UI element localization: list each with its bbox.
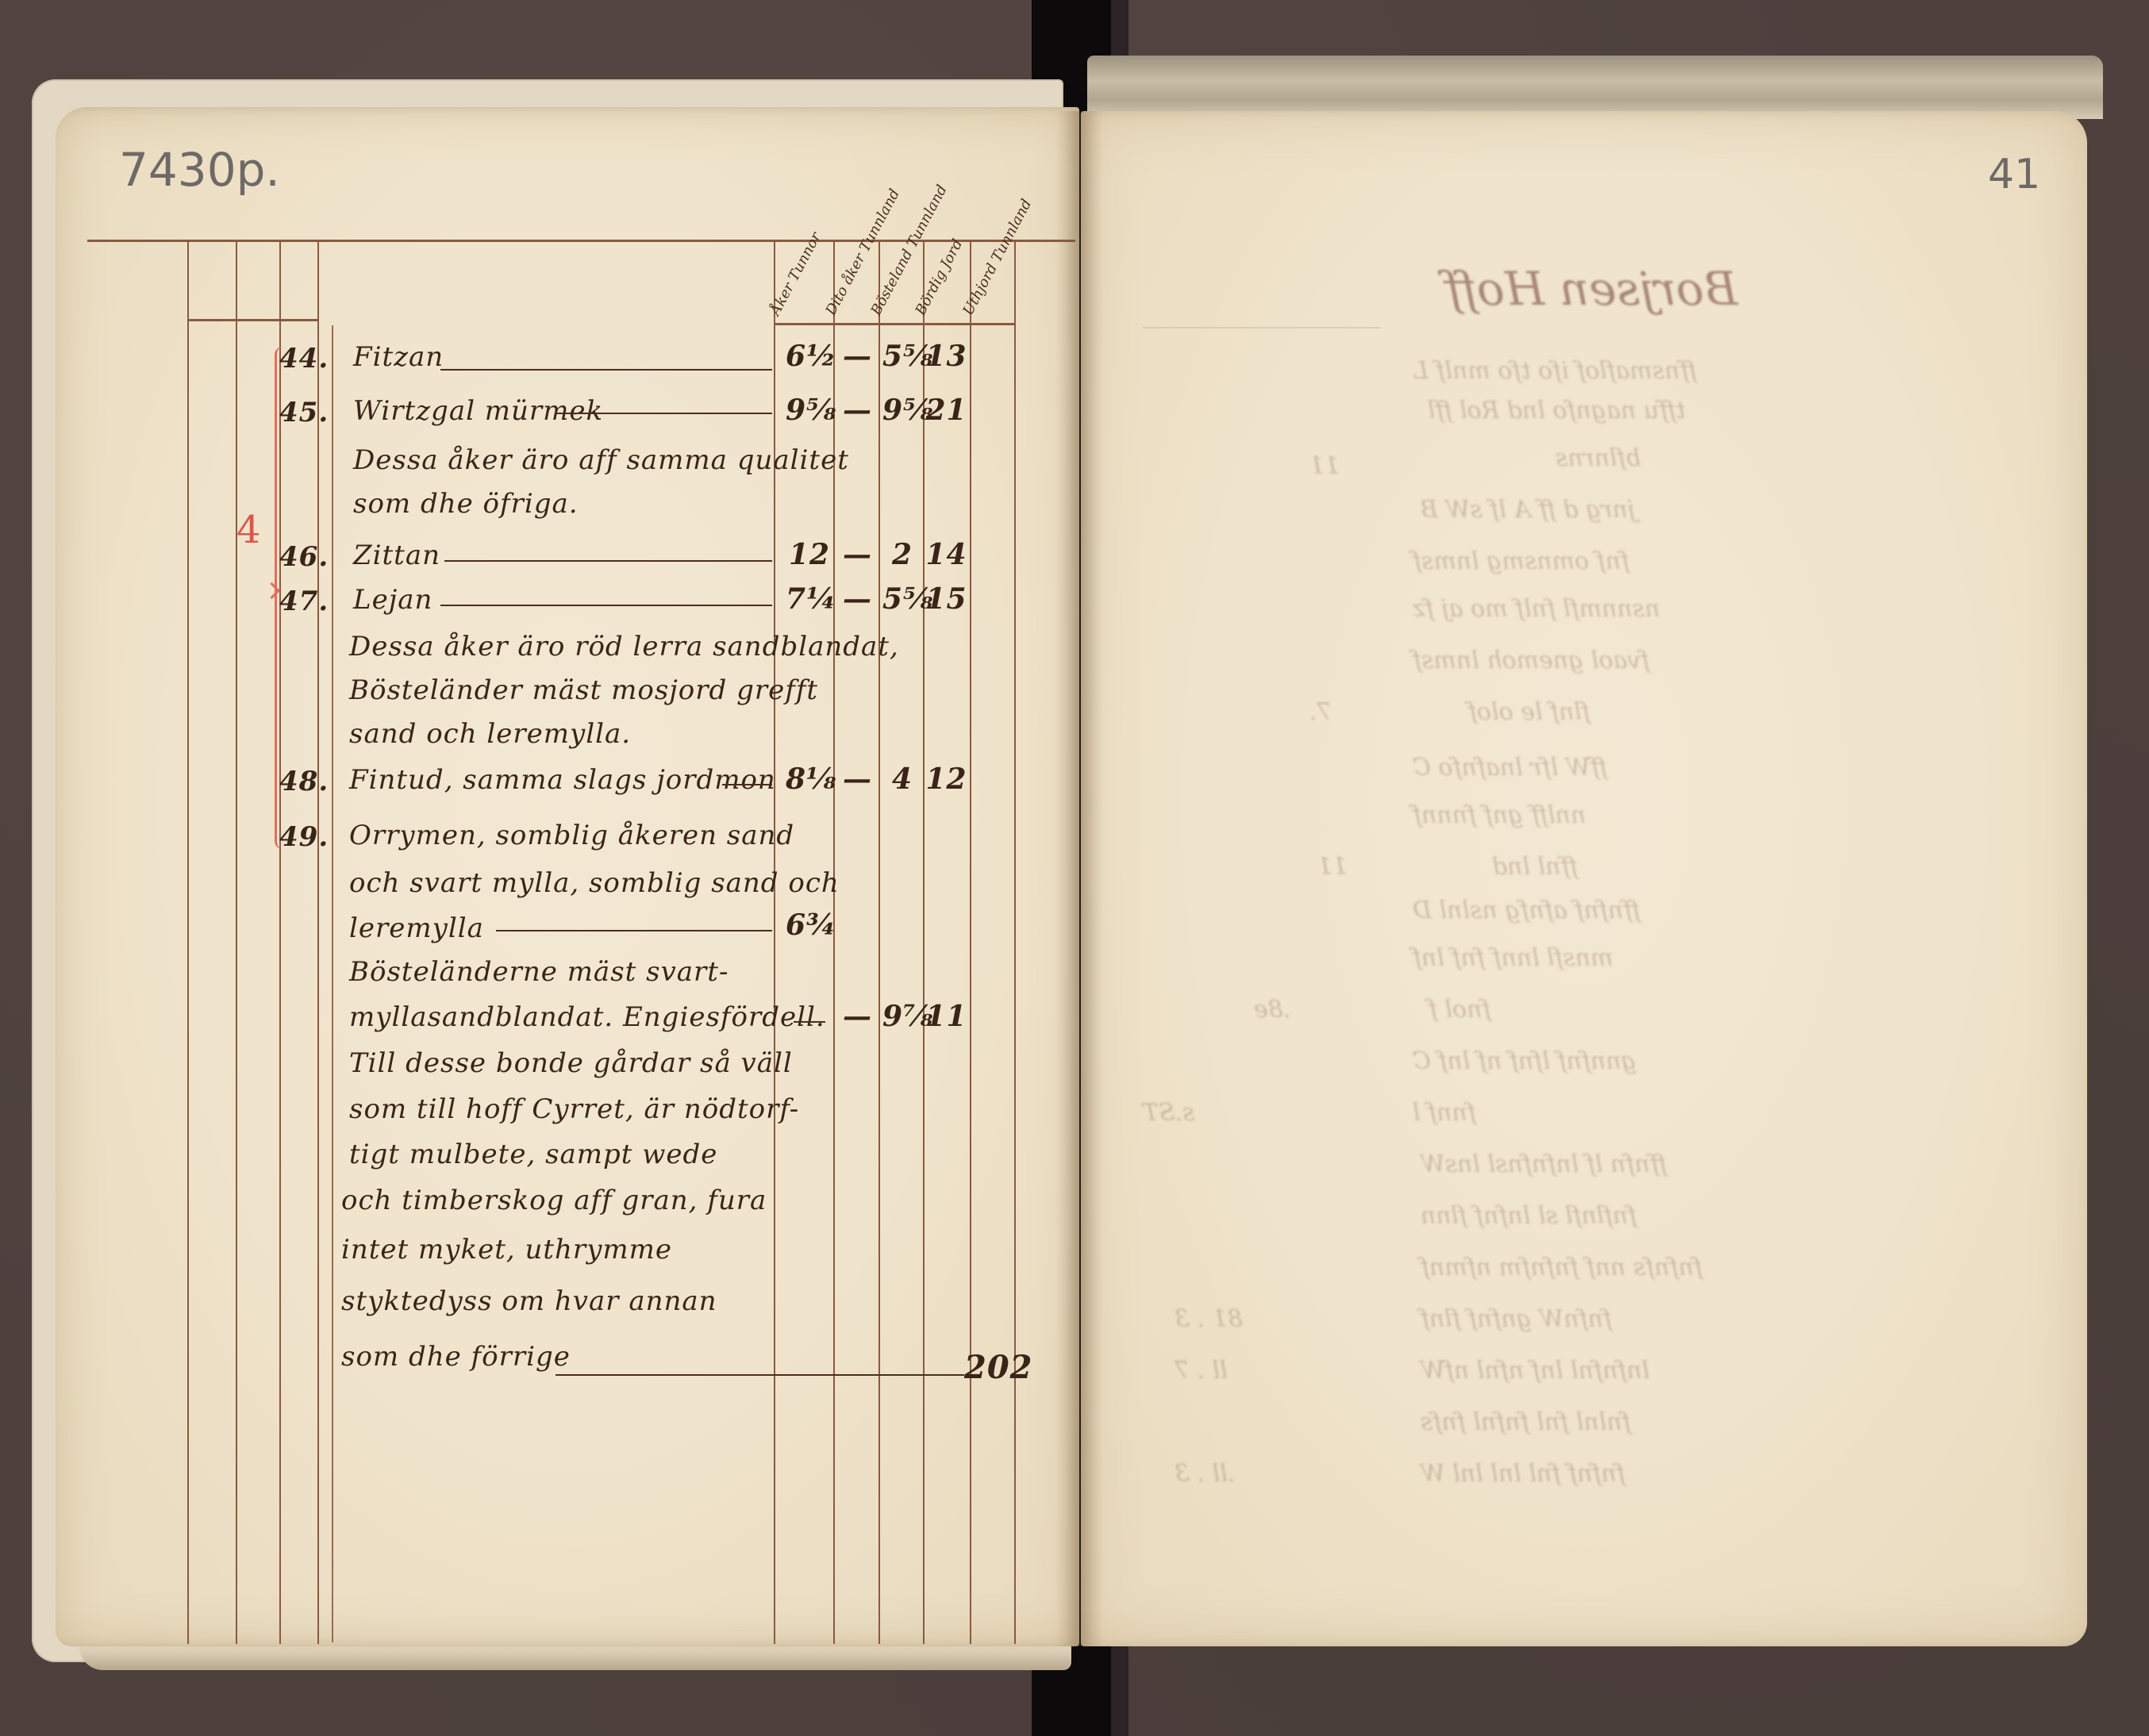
header-bottom-rule-left xyxy=(187,319,318,321)
value-col2: — xyxy=(840,1000,875,1033)
margin-rule-2 xyxy=(236,240,237,1644)
value-col3: 9⅞ xyxy=(882,1000,922,1033)
value-col4: 12 xyxy=(925,762,968,796)
ghost-line: fnflnfl sl lnfnf flnn xyxy=(1420,1202,1636,1230)
margin-rule-4 xyxy=(317,240,319,1644)
ghost-line: fnfnfs nnf fnfnfm nfmnf xyxy=(1420,1254,1702,1281)
ghost-line: .ll . 3 xyxy=(1174,1460,1235,1488)
total-leader-line xyxy=(556,1374,964,1376)
note-line: Till desse bonde gårdar så väll xyxy=(349,1047,793,1079)
value-col2: — xyxy=(840,582,875,616)
note-line: som dhe öfriga. xyxy=(353,488,579,520)
value-col1: 6¾ xyxy=(786,908,833,942)
leader-line xyxy=(496,930,772,931)
margin-rule-1 xyxy=(187,240,189,1644)
value-rule-3 xyxy=(878,240,880,1644)
ghost-line: .8e xyxy=(1254,996,1290,1024)
leader-line xyxy=(444,560,772,562)
ghost-line: nnlff gnf fnnnf xyxy=(1413,801,1586,829)
text-guide-rule xyxy=(332,325,333,1642)
right-page-stack-edge xyxy=(1087,56,2103,119)
note-line: intet myket, uthrymme xyxy=(341,1234,672,1266)
ghost-line: tffu nagnfo lnd Rol ffl xyxy=(1428,397,1686,424)
note-line: som till hoff Cyrret, är nödtorf- xyxy=(349,1093,799,1125)
value-col2: — xyxy=(840,340,875,373)
value-rule-6 xyxy=(1014,240,1016,1644)
ghost-line: mnsfl lnnf fnf lnf xyxy=(1413,944,1613,972)
ghost-line: ffnsmaflof ifo tfo mnlf L xyxy=(1413,357,1697,385)
ghost-line: 11 xyxy=(1309,452,1340,480)
note-line: styktedyss om hvar annan xyxy=(341,1285,717,1317)
farm-name: Fintud, samma slags jordmon xyxy=(349,764,776,796)
ghost-line: ffnl lnd xyxy=(1492,853,1578,881)
leader-line xyxy=(440,605,772,606)
ghost-line: ffnfn lf lnfnfnsl lnsW xyxy=(1420,1150,1667,1178)
note-line: och timberskog aff gran, fura xyxy=(341,1185,767,1216)
value-col3: 2 xyxy=(882,538,922,571)
ghost-line: fvaol gnemoh lnmsf xyxy=(1413,647,1650,674)
ghost-top-rule xyxy=(1143,327,1381,328)
leader-line xyxy=(556,413,772,414)
ghost-line: bflnrns xyxy=(1555,444,1641,472)
farm-name-line: och svart mylla, somblig sand och xyxy=(349,867,840,899)
ghost-line: ffnfnf afnfg nslnl D xyxy=(1413,897,1640,924)
page-number: 41 xyxy=(1988,151,2040,198)
entry-number: 48. xyxy=(279,766,329,797)
value-col4: 14 xyxy=(925,538,968,571)
farm-name: Wirtzgal mürmek xyxy=(353,395,603,427)
ghost-line: 11 xyxy=(1317,853,1347,881)
ghost-line: fnol f xyxy=(1428,996,1491,1024)
farm-name-line: Orrymen, somblig åkeren sand xyxy=(349,820,794,851)
note-line: som dhe förrige xyxy=(341,1341,571,1373)
note-line: tigt mulbete, sampt wede xyxy=(349,1139,717,1170)
ghost-line: 7. xyxy=(1309,698,1332,726)
farm-name: Lejan xyxy=(353,584,432,616)
group-label: 4 xyxy=(236,508,262,552)
value-col2: — xyxy=(840,762,875,796)
value-col1: 6½ xyxy=(786,340,833,373)
ghost-line: fnlnl fnl fnfnl fnfs xyxy=(1420,1408,1631,1436)
ghost-line: fnnf l xyxy=(1413,1099,1476,1127)
ghost-line: s.ST xyxy=(1143,1099,1195,1127)
value-col2: — xyxy=(840,538,875,571)
leader-dash xyxy=(794,1021,825,1023)
value-col3: 5⅝ xyxy=(882,582,922,616)
header-bottom-rule-right xyxy=(774,323,1016,325)
note-line: Bösteländerne mäst svart- xyxy=(349,956,729,988)
value-col4: 11 xyxy=(925,1000,968,1033)
ghost-line: ll . 7 xyxy=(1174,1357,1228,1385)
note-line: Dessa åker äro röd lerra sandblandat, xyxy=(349,631,899,663)
note-line: Bösteländer mäst mosjord grefft xyxy=(349,674,818,706)
value-col2: — xyxy=(840,394,875,427)
value-col1: 7¼ xyxy=(786,582,833,616)
value-col4: 13 xyxy=(925,340,968,373)
ghost-line: fnfnW gnfnf flnf xyxy=(1420,1305,1612,1333)
value-col3: 5⅝ xyxy=(882,340,922,373)
farm-name: Zittan xyxy=(353,540,440,571)
leader-line xyxy=(440,369,772,371)
value-col3: 9⅝ xyxy=(882,394,922,427)
value-col4: 21 xyxy=(925,394,968,427)
page-total: 202 xyxy=(964,1349,1024,1386)
entry-number: 44. xyxy=(279,343,329,374)
value-col1: 9⅝ xyxy=(786,394,833,427)
value-col1: 12 xyxy=(786,538,833,571)
farm-name-line: leremylla xyxy=(349,912,484,944)
note-line: myllasandblandat. Engiesfördell. xyxy=(349,1001,825,1033)
value-col3: 4 xyxy=(882,762,922,796)
value-col4: 15 xyxy=(925,582,968,616)
ghost-line: fnf omnsmg lnmsf xyxy=(1413,547,1629,575)
ghost-line: fnfnf fnl lnl lnl W xyxy=(1420,1460,1625,1488)
bleed-through-heading: Borjsen Hoff xyxy=(1444,262,1738,316)
ghost-line: nsnnmfl fnlf mo aj fz xyxy=(1413,595,1660,623)
note-line: sand och leremylla. xyxy=(349,718,631,750)
entry-number: 45. xyxy=(279,397,329,428)
value-col1: 8⅛ xyxy=(786,762,833,796)
value-rule-4 xyxy=(923,240,925,1644)
farm-name: Fitzan xyxy=(353,341,444,373)
leader-line xyxy=(722,784,772,785)
pencil-reference-number: 7430p. xyxy=(119,143,280,197)
ghost-line: 81 . 3 xyxy=(1174,1305,1243,1333)
entry-number: 46. xyxy=(279,541,329,573)
ghost-line: flnf le olof xyxy=(1468,698,1590,726)
ghost-line: ffW lfr lnafnfo C xyxy=(1413,754,1607,782)
gutter-shadow xyxy=(1055,111,1103,1646)
ghost-line: gnnfnf lfnf nf lnf C xyxy=(1413,1047,1636,1075)
ghost-line: lnfnfnl lnf nfnl nfW xyxy=(1420,1357,1650,1385)
entry-number: 47. xyxy=(279,586,329,617)
note-line: Dessa åker äro aff samma qualitet xyxy=(353,444,849,476)
value-rule-5 xyxy=(970,240,971,1644)
entry-number: 49. xyxy=(279,821,329,853)
ghost-line: jnrg d ff A lf sW B xyxy=(1420,496,1635,524)
